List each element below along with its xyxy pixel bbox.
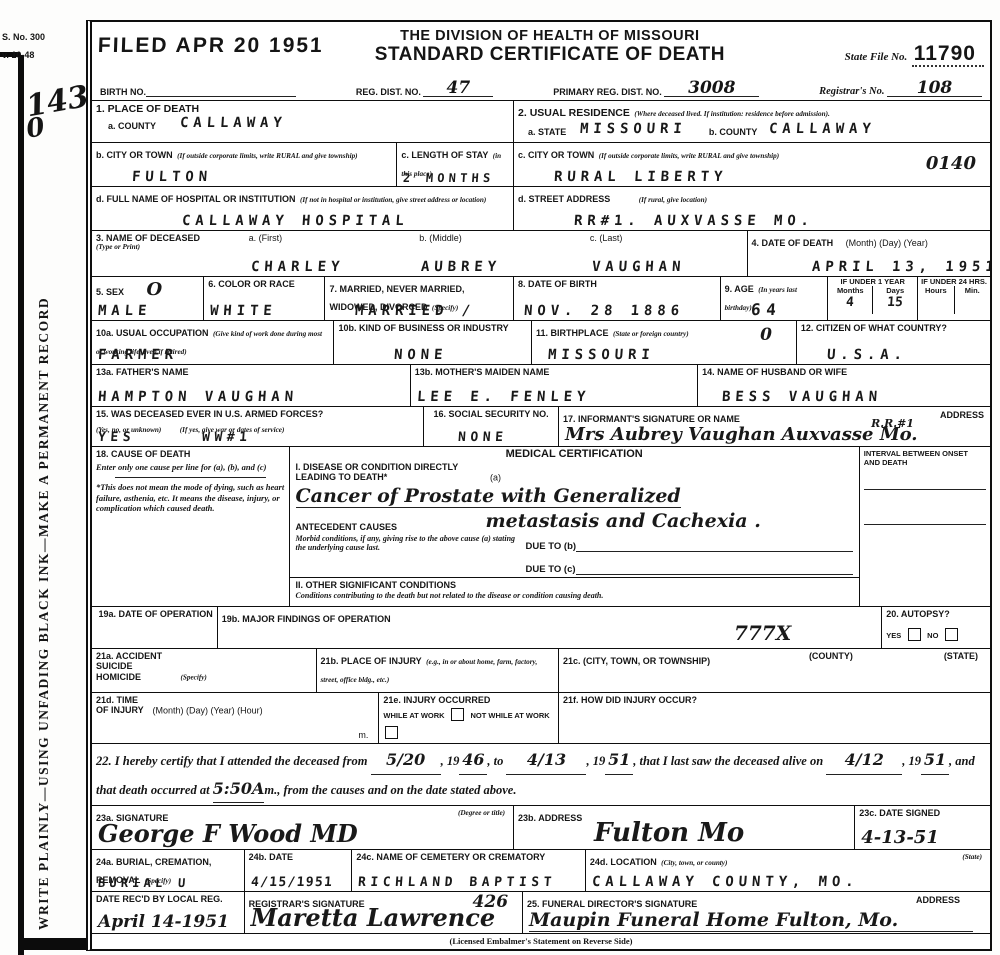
funeral-director-address-label: ADDRESS — [916, 895, 960, 905]
row-name-dod: 3. NAME OF DECEASED (Type or Print) a. (… — [92, 230, 990, 276]
first-name-value: CHARLEY — [250, 259, 344, 275]
marital-value: MARRIED / — [355, 303, 476, 319]
spouse-value: BESS VAUGHAN — [722, 389, 883, 405]
certify-c: , to — [487, 754, 503, 768]
while-at-work-label: WHILE AT WORK — [383, 711, 444, 720]
informant-address-label: ADDRESS — [940, 410, 984, 420]
row-place-residence-1: 1. PLACE OF DEATH a. COUNTY CALLAWAY 2. … — [92, 100, 990, 142]
field-mother-name: 13b. MOTHER'S MAIDEN NAME LEE E. FENLEY — [411, 365, 698, 406]
burial-location-label: 24d. LOCATION — [590, 857, 657, 867]
operation-date-label: 19a. DATE OF OPERATION — [96, 609, 213, 619]
interval-label: INTERVAL BETWEEN ONSET AND DEATH — [864, 449, 986, 467]
ssn-label: 16. SOCIAL SECURITY NO. — [428, 409, 554, 419]
burial-date-value: 4/15/1951 — [250, 875, 333, 890]
city-label: b. CITY OR TOWN — [96, 150, 173, 160]
residence-state-value: MISSOURI — [580, 121, 688, 137]
field-injury-location: 21c. (CITY, TOWN, OR TOWNSHIP) (COUNTY) … — [559, 649, 990, 692]
accident-sub: (Specify) — [180, 674, 206, 682]
reg-dist-value: 47 — [423, 81, 493, 97]
father-label: 13a. FATHER'S NAME — [96, 367, 406, 377]
certify-e: , that I last saw the deceased — [633, 754, 779, 768]
findings-label: 19b. MAJOR FINDINGS OF OPERATION — [222, 614, 391, 624]
birthplace-sub: (State or foreign country) — [613, 330, 689, 338]
field-autopsy: 20. AUTOPSY? YES NO — [882, 607, 990, 648]
form-number: S. No. 300 — [2, 32, 45, 42]
cod-label: 18. CAUSE OF DEATH — [96, 449, 285, 459]
county-label: a. COUNTY — [108, 121, 156, 131]
birth-no-value — [146, 96, 296, 97]
not-while-at-work-checkbox[interactable] — [385, 726, 398, 739]
margin-vertical-note: WRITE PLAINLY—USING UNFADING BLACK INK—M… — [36, 185, 52, 930]
burial-date-label: 24b. DATE — [249, 852, 348, 862]
last-name-value: VAUGHAN — [591, 259, 685, 275]
field-birthplace: 11. BIRTHPLACE (State or foreign country… — [532, 321, 797, 364]
days-label: Days — [873, 286, 917, 295]
field-age-under-24hrs: IF UNDER 24 HRS. Hours Min. — [918, 277, 990, 320]
field-father-name: 13a. FATHER'S NAME HAMPTON VAUGHAN — [92, 365, 411, 406]
autopsy-yes-label: YES — [886, 631, 901, 640]
usual-residence-sub: (Where deceased lived. If institution: r… — [634, 110, 829, 118]
field-middle-name: b. (Middle) AUBREY — [415, 231, 586, 276]
primary-reg-value: 3008 — [664, 81, 759, 97]
field-place-of-injury: 21b. PLACE OF INJURY (e.g., in or about … — [317, 649, 559, 692]
residence-state-label: a. STATE — [528, 127, 566, 137]
residence-county-value: CALLAWAY — [769, 121, 877, 137]
field-date-of-birth: 8. DATE OF BIRTH NOV. 28 1886 — [514, 277, 721, 320]
antecedent-label: ANTECEDENT CAUSES — [296, 522, 446, 532]
registrar-signature-value: Maretta Lawrence — [251, 903, 495, 932]
registrar-no-label: Registrar's No. — [819, 86, 884, 97]
race-value: WHITE — [210, 303, 278, 319]
county-value: CALLAWAY — [179, 115, 287, 131]
date-signed-value: 4-13-51 — [861, 827, 939, 848]
row-operation: 19a. DATE OF OPERATION 19b. MAJOR FINDIN… — [92, 606, 990, 648]
certify-d: , 19 — [586, 754, 605, 768]
last-name-label: c. (Last) — [590, 233, 743, 243]
field-date-signed: 23c. DATE SIGNED 4-13-51 — [855, 806, 990, 849]
row-occupation: 10a. USUAL OCCUPATION (Give kind of work… — [92, 320, 990, 364]
disease-label: I. DISEASE OR CONDITION DIRECTLY LEADING… — [296, 462, 486, 483]
filed-stamp: FILED APR 20 1951 — [97, 28, 364, 58]
field-hospital-name: d. FULL NAME OF HOSPITAL OR INSTITUTION … — [92, 187, 514, 230]
under1yr-label: IF UNDER 1 YEAR — [828, 277, 917, 286]
forces-value: YES — [97, 430, 135, 445]
dob-value: NOV. 28 1886 — [523, 303, 684, 319]
title-line1: THE DIVISION OF HEALTH OF MISSOURI — [364, 28, 736, 44]
name-label: 3. NAME OF DECEASED — [96, 233, 241, 243]
min-label: Min. — [955, 286, 990, 295]
field-sex: 5. SEX O MALE — [92, 277, 204, 320]
cemetery-value: RICHLAND BAPTIST — [358, 875, 557, 890]
city-sub: (If outside corporate limits, write RURA… — [177, 152, 357, 160]
certificate-form: FILED APR 20 1951 THE DIVISION OF HEALTH… — [86, 20, 992, 951]
hours-col: Hours — [918, 286, 954, 314]
months-value: 4 — [828, 295, 872, 310]
mother-label: 13b. MOTHER'S MAIDEN NAME — [415, 367, 693, 377]
state-file: State File No. 11790 — [736, 28, 984, 66]
certify-to-date: 4/13 — [506, 746, 586, 774]
funeral-director-label: 25. FUNERAL DIRECTOR'S SIGNATURE — [527, 899, 697, 909]
hospital-value: CALLAWAY HOSPITAL — [181, 213, 409, 229]
field-first-name: a. (First) CHARLEY — [245, 231, 416, 276]
not-while-at-work-label: NOT WHILE AT WORK — [471, 711, 550, 720]
forces-war-value: WW#1 — [201, 430, 252, 445]
father-value: HAMPTON VAUGHAN — [97, 389, 298, 405]
certify-i: m., from the causes and on the date stat… — [264, 783, 516, 797]
field-occupation: 10a. USUAL OCCUPATION (Give kind of work… — [92, 321, 334, 364]
cemetery-label: 24c. NAME OF CEMETERY OR CREMATORY — [356, 852, 580, 862]
middle-name-value: AUBREY — [421, 259, 502, 275]
state-file-value: 11790 — [912, 42, 984, 67]
min-col: Min. — [955, 286, 990, 314]
first-name-label: a. (First) — [249, 233, 412, 243]
field-age: 9. AGE (In years last birthday) 64 — [721, 277, 829, 320]
row-injury-2: 21d. TIME OF INJURY (Month) (Day) (Year)… — [92, 692, 990, 743]
birthplace-mark: 0 — [760, 325, 772, 345]
certify-num: 22. — [96, 754, 112, 768]
injury-county-label: (COUNTY) — [809, 651, 853, 661]
field-burial-date: 24b. DATE 4/15/1951 — [245, 850, 353, 891]
street-value: RR#1. AUXVASSE MO. — [573, 213, 814, 229]
birth-no-label: BIRTH NO. — [100, 87, 146, 97]
sex-value: MALE — [97, 303, 151, 319]
age-label: 9. AGE — [725, 284, 754, 294]
field-cause-of-death-notes: 18. CAUSE OF DEATH Enter only one cause … — [92, 447, 290, 606]
injury-city-label: 21c. (CITY, TOWN, OR TOWNSHIP) — [563, 656, 710, 666]
row-place-residence-3: d. FULL NAME OF HOSPITAL OR INSTITUTION … — [92, 186, 990, 230]
death-certificate-page: S. No. 300 v. 10-48 143 0 WRITE PLAINLY—… — [0, 0, 1000, 955]
residence-city-value: RURAL LIBERTY — [553, 169, 727, 185]
burial-value: BURIAL U — [98, 876, 190, 890]
certify-f: alive on — [783, 754, 824, 768]
field-length-of-stay: c. LENGTH OF STAY (in this place) 2 MONT… — [397, 143, 514, 186]
field-accident-suicide-homicide: 21a. ACCIDENT SUICIDE HOMICIDE (Specify) — [92, 649, 317, 692]
due-to-c: DUE TO (c) — [526, 564, 576, 575]
field-ssn: 16. SOCIAL SECURITY NO. NONE — [424, 407, 559, 446]
cod-note2: *This does not mean the mode of dying, s… — [96, 482, 285, 514]
field-burial-type: 24a. BURIAL, CREMATION, REMOVAL (Specify… — [92, 850, 245, 891]
medcert-title: MEDICAL CERTIFICATION — [290, 447, 859, 460]
field-interval: INTERVAL BETWEEN ONSET AND DEATH — [860, 447, 990, 606]
residence-city-code: 0140 — [926, 153, 976, 174]
place-of-death-label: 1. PLACE OF DEATH — [96, 103, 509, 115]
certify-alive-year: 51 — [921, 746, 949, 774]
state-file-label: State File No. — [845, 51, 908, 63]
usual-residence-label: 2. USUAL RESIDENCE — [518, 107, 630, 119]
field-how-injury-occurred: 21f. HOW DID INJURY OCCUR? — [559, 693, 990, 743]
hours-label: Hours — [918, 286, 953, 295]
business-value: NONE — [394, 347, 448, 363]
certify-to-year: 51 — [605, 746, 633, 774]
business-label: 10b. KIND OF BUSINESS OR INDUSTRY — [338, 323, 527, 333]
dob-label: 8. DATE OF BIRTH — [518, 279, 716, 289]
field-physician-signature: 23a. SIGNATURE (Degree or title) George … — [92, 806, 514, 849]
form-revision: v. 10-48 — [2, 50, 34, 60]
field-time-of-injury: 21d. TIME OF INJURY (Month) (Day) (Year)… — [92, 693, 379, 743]
dod-value: APRIL 13, 1951 — [811, 259, 990, 275]
row-medical-certification: 18. CAUSE OF DEATH Enter only one cause … — [92, 446, 990, 606]
hospital-label: d. FULL NAME OF HOSPITAL OR INSTITUTION — [96, 194, 296, 204]
stay-label: c. LENGTH OF STAY — [401, 150, 488, 160]
scan-edge-left — [18, 55, 24, 955]
field-funeral-director: 25. FUNERAL DIRECTOR'S SIGNATURE ADDRESS… — [523, 892, 990, 933]
certify-from-date: 5/20 — [371, 746, 441, 774]
hospital-sub: (If not in hospital or institution, give… — [300, 196, 486, 204]
other-conditions-label: II. OTHER SIGNIFICANT CONDITIONS — [296, 580, 853, 590]
field-place-of-death-county: 1. PLACE OF DEATH a. COUNTY CALLAWAY — [92, 101, 514, 142]
reg-dist-label: REG. DIST. NO. — [356, 87, 421, 97]
field-major-findings: 19b. MAJOR FINDINGS OF OPERATION 777X — [218, 607, 883, 648]
registration-row: BIRTH NO. REG. DIST. NO. 47 PRIMARY REG.… — [92, 74, 990, 100]
certificate-title: THE DIVISION OF HEALTH OF MISSOURI STAND… — [364, 28, 736, 66]
signature-sub: (Degree or title) — [458, 809, 505, 817]
certify-g: , 19 — [902, 754, 921, 768]
field-date-of-death: 4. DATE OF DEATH (Month) (Day) (Year) AP… — [748, 231, 990, 276]
age-value: 64 — [750, 300, 782, 319]
field-residence-city: c. CITY OR TOWN (If outside corporate li… — [514, 143, 990, 186]
registrar-no-value: 108 — [887, 81, 982, 97]
injury-state-label: (STATE) — [944, 651, 978, 661]
physician-address-label: 23b. ADDRESS — [518, 813, 582, 823]
field-registrar-signature: REGISTRAR'S SIGNATURE 426 Maretta Lawren… — [245, 892, 523, 933]
certify-from-year: 46 — [459, 746, 487, 774]
informant-value: Mrs Aubrey Vaughan Auxvasse Mo. — [565, 424, 918, 445]
field-medical-certification: MEDICAL CERTIFICATION I. DISEASE OR COND… — [290, 447, 860, 606]
due-to-b: DUE TO (b) — [526, 541, 577, 552]
date-received-value: April 14-1951 — [98, 912, 229, 932]
row-certify-statement: 22. I hereby certify that I attended the… — [92, 743, 990, 804]
field-marital-status: 7. MARRIED, NEVER MARRIED, WIDOWED, DIVO… — [325, 277, 514, 320]
certify-alive-date: 4/12 — [826, 746, 902, 774]
certify-a: I hereby certify that I attended the dec… — [115, 754, 368, 768]
residence-city-label: c. CITY OR TOWN — [518, 150, 594, 160]
field-certify-statement: 22. I hereby certify that I attended the… — [92, 744, 990, 804]
signature-value: George F Wood MD — [98, 819, 358, 848]
occupation-label: 10a. USUAL OCCUPATION — [96, 328, 209, 338]
primary-reg-label: PRIMARY REG. DIST. NO. — [553, 87, 662, 97]
burial-location-value: CALLAWAY COUNTY, MO. — [591, 874, 859, 890]
field-age-under-1-year: IF UNDER 1 YEAR Months 4 Days 15 — [828, 277, 918, 320]
occupation-value: FARMER — [97, 347, 178, 363]
street-sub: (If rural, give location) — [639, 196, 707, 204]
antecedent-note: Morbid conditions, if any, giving rise t… — [296, 534, 526, 552]
field-injury-occurred: 21e. INJURY OCCURRED WHILE AT WORK NOT W… — [379, 693, 559, 743]
funeral-director-value: Maupin Funeral Home Fulton, Mo. — [529, 909, 973, 932]
sex-mark: O — [146, 279, 162, 300]
sex-label: 5. SEX — [96, 287, 124, 297]
findings-value: 777X — [734, 621, 791, 645]
dod-label: 4. DATE OF DEATH — [752, 238, 834, 248]
burial-location-state-label: (State) — [962, 853, 982, 861]
time-injury-m: m. — [358, 730, 368, 740]
row-registrar: DATE REC'D BY LOCAL REG. April 14-1951 R… — [92, 891, 990, 933]
row-sex-age: 5. SEX O MALE 6. COLOR OR RACE WHITE 7. … — [92, 276, 990, 320]
row-place-residence-2: b. CITY OR TOWN (If outside corporate li… — [92, 142, 990, 186]
citizen-value: U.S.A. — [826, 347, 907, 363]
citizen-label: 12. CITIZEN OF WHAT COUNTRY? — [801, 323, 986, 333]
injury-occurred-label: 21e. INJURY OCCURRED — [383, 695, 554, 705]
date-signed-label: 23c. DATE SIGNED — [859, 808, 986, 818]
row-physician: 23a. SIGNATURE (Degree or title) George … — [92, 805, 990, 849]
field-date-received: DATE REC'D BY LOCAL REG. April 14-1951 — [92, 892, 245, 933]
field-date-of-operation: 19a. DATE OF OPERATION — [92, 607, 218, 648]
autopsy-yes-checkbox[interactable] — [908, 628, 921, 641]
birthplace-value: MISSOURI — [547, 347, 655, 363]
residence-city-sub: (If outside corporate limits, write RURA… — [599, 152, 779, 160]
residence-county-label: b. COUNTY — [709, 127, 758, 137]
disease-value-line1: Cancer of Prostate with Generalized — [296, 485, 681, 508]
field-citizen: 12. CITIZEN OF WHAT COUNTRY? U.S.A. — [797, 321, 990, 364]
other-conditions-note: Conditions contributing to the death but… — [296, 591, 853, 600]
mother-value: LEE E. FENLEY — [416, 389, 590, 405]
reverse-side-note: (Licensed Embalmer's Statement on Revers… — [92, 933, 990, 949]
dod-sub: (Month) (Day) (Year) — [846, 238, 928, 248]
forces-label: 15. WAS DECEASED EVER IN U.S. ARMED FORC… — [96, 409, 419, 419]
under1yr-months: Months 4 — [828, 286, 873, 314]
row-burial: 24a. BURIAL, CREMATION, REMOVAL (Specify… — [92, 849, 990, 891]
autopsy-label: 20. AUTOPSY? — [886, 609, 986, 619]
stay-value: 2 MONTHS — [403, 171, 495, 185]
row-injury-1: 21a. ACCIDENT SUICIDE HOMICIDE (Specify)… — [92, 648, 990, 692]
field-armed-forces: 15. WAS DECEASED EVER IN U.S. ARMED FORC… — [92, 407, 424, 446]
how-injury-label: 21f. HOW DID INJURY OCCUR? — [563, 695, 986, 705]
street-label: d. STREET ADDRESS — [518, 194, 610, 204]
middle-name-label: b. (Middle) — [419, 233, 582, 243]
field-physician-address: 23b. ADDRESS Fulton Mo — [514, 806, 855, 849]
time-injury-sub: (Month) (Day) (Year) (Hour) — [152, 705, 262, 715]
race-label: 6. COLOR OR RACE — [208, 279, 320, 289]
certify-time: 5:50A — [213, 775, 265, 803]
field-color-race: 6. COLOR OR RACE WHITE — [204, 277, 325, 320]
date-received-label: DATE REC'D BY LOCAL REG. — [96, 894, 240, 904]
field-city-or-town: b. CITY OR TOWN (If outside corporate li… — [92, 143, 397, 186]
header-row: FILED APR 20 1951 THE DIVISION OF HEALTH… — [92, 22, 990, 74]
under1yr-days: Days 15 — [873, 286, 917, 314]
field-street-address: d. STREET ADDRESS (If rural, give locati… — [514, 187, 990, 230]
while-at-work-checkbox[interactable] — [451, 708, 464, 721]
burial-location-sub: (City, town, or county) — [661, 859, 727, 867]
field-business: 10b. KIND OF BUSINESS OR INDUSTRY NONE — [334, 321, 532, 364]
name-sub: (Type or Print) — [96, 243, 241, 251]
disease-value-line2: metastasis and Cachexia . — [486, 510, 761, 532]
under24-label: IF UNDER 24 HRS. — [918, 277, 990, 286]
certify-b: , 19 — [441, 754, 460, 768]
time-injury-label: 21d. TIME OF INJURY — [96, 695, 148, 716]
field-name-of-deceased: 3. NAME OF DECEASED (Type or Print) — [92, 231, 245, 276]
months-label: Months — [828, 286, 872, 295]
field-spouse-name: 14. NAME OF HUSBAND OR WIFE BESS VAUGHAN — [698, 365, 990, 406]
informant-label: 17. INFORMANT'S SIGNATURE OR NAME — [563, 414, 740, 424]
row-forces-informant: 15. WAS DECEASED EVER IN U.S. ARMED FORC… — [92, 406, 990, 446]
field-usual-residence: 2. USUAL RESIDENCE (Where deceased lived… — [514, 101, 990, 142]
city-value: FULTON — [131, 169, 212, 185]
ssn-value: NONE — [458, 430, 509, 445]
field-burial-location: 24d. LOCATION (City, town, or county) (S… — [586, 850, 990, 891]
autopsy-no-label: NO — [927, 631, 938, 640]
title-line2: STANDARD CERTIFICATE OF DEATH — [364, 44, 736, 66]
autopsy-no-checkbox[interactable] — [945, 628, 958, 641]
days-value: 15 — [873, 295, 918, 310]
field-last-name: c. (Last) VAUGHAN — [586, 231, 748, 276]
margin-handwritten-number: 143 0 — [25, 85, 94, 140]
cod-note1: Enter only one cause per line for (a), (… — [96, 462, 285, 473]
field-cemetery: 24c. NAME OF CEMETERY OR CREMATORY RICHL… — [352, 850, 585, 891]
physician-address-value: Fulton Mo — [594, 818, 744, 848]
accident-label: 21a. ACCIDENT SUICIDE HOMICIDE — [96, 651, 176, 682]
row-parents: 13a. FATHER'S NAME HAMPTON VAUGHAN 13b. … — [92, 364, 990, 406]
place-injury-label: 21b. PLACE OF INJURY — [321, 656, 422, 666]
disease-a: (a) — [490, 472, 501, 482]
field-informant: 17. INFORMANT'S SIGNATURE OR NAME R.R.#1… — [559, 407, 990, 446]
birthplace-label: 11. BIRTHPLACE — [536, 328, 609, 338]
spouse-label: 14. NAME OF HUSBAND OR WIFE — [702, 367, 986, 377]
